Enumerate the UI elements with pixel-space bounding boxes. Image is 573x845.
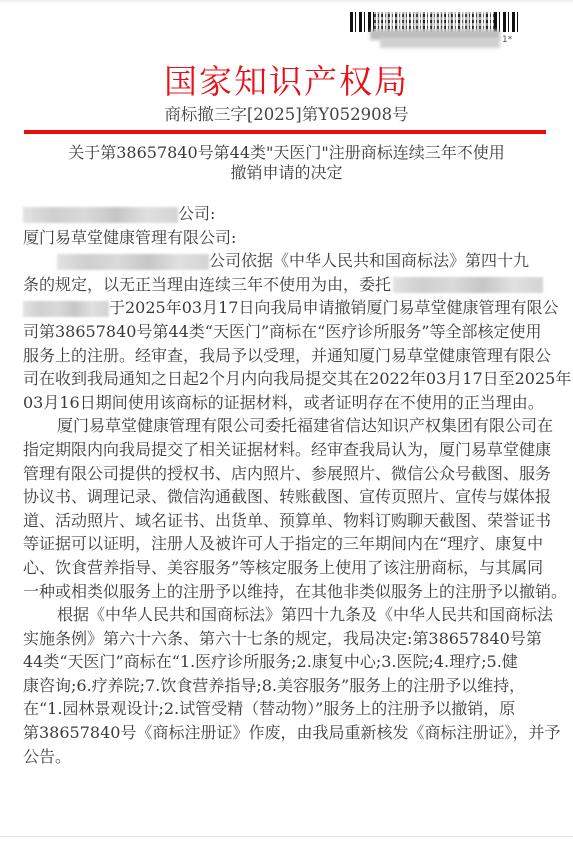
p2-line-8: 一种或相类似服务上的注册予以维持，在其他非类似服务上的注册予以撤销。 <box>23 580 545 604</box>
subject-line-1: 关于第38657840号第44类"天医门"注册商标连续三年不使用 <box>0 143 573 163</box>
redacted-applicant-name <box>23 207 178 223</box>
redacted-agent-name-cont <box>23 301 109 317</box>
document-number: 商标撤三字[2025]第Y052908号 <box>0 101 573 125</box>
p3-line-4: 康咨询;6.疗养院;7.饮食营养指导;8.美容服务”服务上的注册予以维持， <box>23 674 545 698</box>
p2-line-2: 指定期限内向我局提交了相关证据材料。经审查我局认为，厦门易草堂健康 <box>23 438 545 462</box>
subject-line-2: 撤销申请的决定 <box>0 163 573 183</box>
p2-line-6: 等证据可以证明，注册人及被许可人于指定的三年期间内在“理疗、康复中 <box>23 532 545 556</box>
agency-title: 国家知识产权局 <box>0 56 573 103</box>
p1-line-6: 司在收到我局通知之日起2个月内向我局提交其在2022年03月17日至2025年 <box>23 367 545 391</box>
decision-subject: 关于第38657840号第44类"天医门"注册商标连续三年不使用 撤销申请的决定 <box>0 143 573 183</box>
page-bottom-edge <box>0 836 573 837</box>
p2-line-1: 厦门易草堂健康管理有限公司委托福建省信达知识产权集团有限公司在 <box>23 414 545 438</box>
barcode-2d-pattern <box>374 12 494 32</box>
p1-line-5: 服务上的注册。经审查，我局予以受理，并通知厦门易草堂健康管理有限公 <box>23 344 545 368</box>
p3-line-1: 根据《中华人民共和国商标法》第四十九条及《中华人民共和国商标法 <box>23 603 545 627</box>
p2-line-5: 道、活动照片、域名证书、出货单、预算单、物料订购聊天截图、荣誉证书 <box>23 509 545 533</box>
addressee-1-suffix: 公司: <box>178 204 215 223</box>
addressee-1: 公司: <box>23 202 545 226</box>
p3-line-5: 在“1.园林景观设计;2.试管受精（替动物）”服务上的注册予以撤销，原 <box>23 697 545 721</box>
redacted-applicant-name <box>57 254 209 270</box>
p3-line-2: 实施条例》第六十六条、第六十七条的规定，我局决定:第38657840号第 <box>23 627 545 651</box>
red-divider <box>24 130 546 134</box>
p1-line-2: 条的规定，以无正当理由连续三年不使用为由，委托 <box>23 273 545 297</box>
barcode-area: 1* <box>350 12 530 52</box>
p2-line-3: 管理有限公司提供的授权书、店内照片、参展照片、微信公众号截图、服务 <box>23 462 545 486</box>
p1-line-3: 于2025年03月17日向我局申请撤销厦门易草堂健康管理有限公 <box>23 296 545 320</box>
page-top-shadow <box>0 0 573 4</box>
addressee-2: 厦门易草堂健康管理有限公司: <box>23 226 545 250</box>
redacted-agent-name <box>393 277 543 293</box>
p3-line-3: 44类“天医门”商标在“1.医疗诊所服务;2.康复中心;3.医院;4.理疗;5.… <box>23 650 545 674</box>
p2-line-4: 协议书、调理记录、微信沟通截图、转账截图、宣传页照片、宣传与媒体报 <box>23 485 545 509</box>
redacted-barcode-text-2 <box>380 38 500 48</box>
barcode-image <box>350 12 520 32</box>
p1-line-7: 03月16日期间使用该商标的证据材料，或者证明存在不使用的正当理由。 <box>23 391 545 415</box>
p2-line-7: 心、饮食营养指导、美容服务”等核定服务上使用了该注册商标，与其属同 <box>23 556 545 580</box>
document-body: 公司: 厦门易草堂健康管理有限公司: 公司依据《中华人民共和国商标法》第四十九 … <box>23 202 545 768</box>
barcode-suffix: 1* <box>502 35 512 45</box>
p1-line-1: 公司依据《中华人民共和国商标法》第四十九 <box>23 249 545 273</box>
p1-line-4: 司第38657840号第44类“天医门”商标在“医疗诊所服务”等全部核定使用 <box>23 320 545 344</box>
p3-line-7: 公告。 <box>23 745 545 769</box>
p3-line-6: 第38657840号《商标注册证》作废，由我局重新核发《商标注册证》，并予 <box>23 721 545 745</box>
